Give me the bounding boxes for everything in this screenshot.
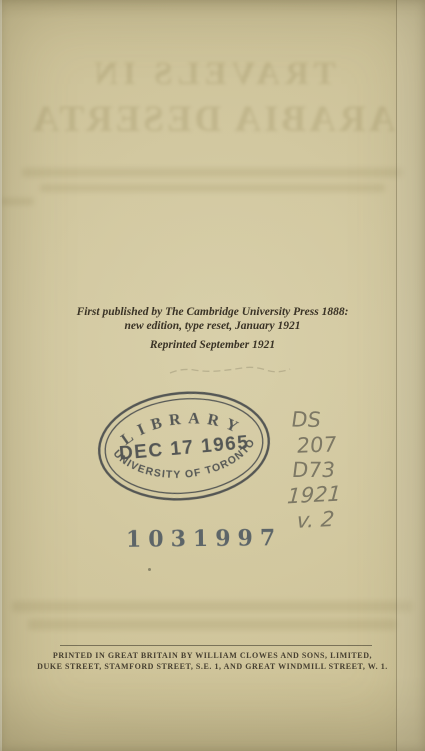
call-number-line: DS xyxy=(290,407,351,433)
page-right-edge-band xyxy=(397,0,425,751)
page-right-edge-line xyxy=(396,0,397,751)
printer-imprint: PRINTED IN GREAT BRITAIN BY WILLIAM CLOW… xyxy=(0,650,425,672)
library-stamp: LIBRARY DEC 17 1965 UNIVERSITY OF TORONT… xyxy=(91,383,276,510)
ghost-illegible-line xyxy=(40,184,385,192)
ghost-illegible-line xyxy=(22,168,403,177)
call-number-line: v. 2 xyxy=(296,507,339,534)
ghost-illegible-line xyxy=(28,619,397,630)
imprint-rule xyxy=(60,645,372,646)
page-left-edge xyxy=(0,0,2,751)
scanned-book-page: TRAVELS IN ARABIA DESERTA First publishe… xyxy=(0,0,425,751)
ghost-title-line-1: TRAVELS IN xyxy=(0,56,425,93)
pencil-smudge-line xyxy=(166,364,296,380)
ghost-illegible-line xyxy=(12,601,413,612)
edition-notice-line-1: First published by The Cambridge Univers… xyxy=(0,305,425,319)
edition-notice-line-2: new edition, type reset, January 1921 xyxy=(0,319,425,333)
edition-notice-line-3: Reprinted September 1921 xyxy=(0,338,425,352)
ghost-illegible-line xyxy=(0,198,34,205)
accession-number-stamp: 1031997 xyxy=(126,525,282,553)
printer-imprint-line-2: DUKE STREET, STAMFORD STREET, S.E. 1, AN… xyxy=(0,661,425,672)
edition-notice: First published by The Cambridge Univers… xyxy=(0,305,425,352)
ink-dot xyxy=(148,568,151,571)
call-number: DS 207 D73 1921 v. 2 xyxy=(277,407,350,533)
call-number-line: 207 xyxy=(295,432,347,459)
printer-imprint-line-1: PRINTED IN GREAT BRITAIN BY WILLIAM CLOW… xyxy=(0,650,425,661)
call-number-line: 1921 xyxy=(286,482,341,510)
call-number-line: D73 xyxy=(290,458,345,483)
ghost-title-line-2: ARABIA DESERTA xyxy=(0,98,425,141)
